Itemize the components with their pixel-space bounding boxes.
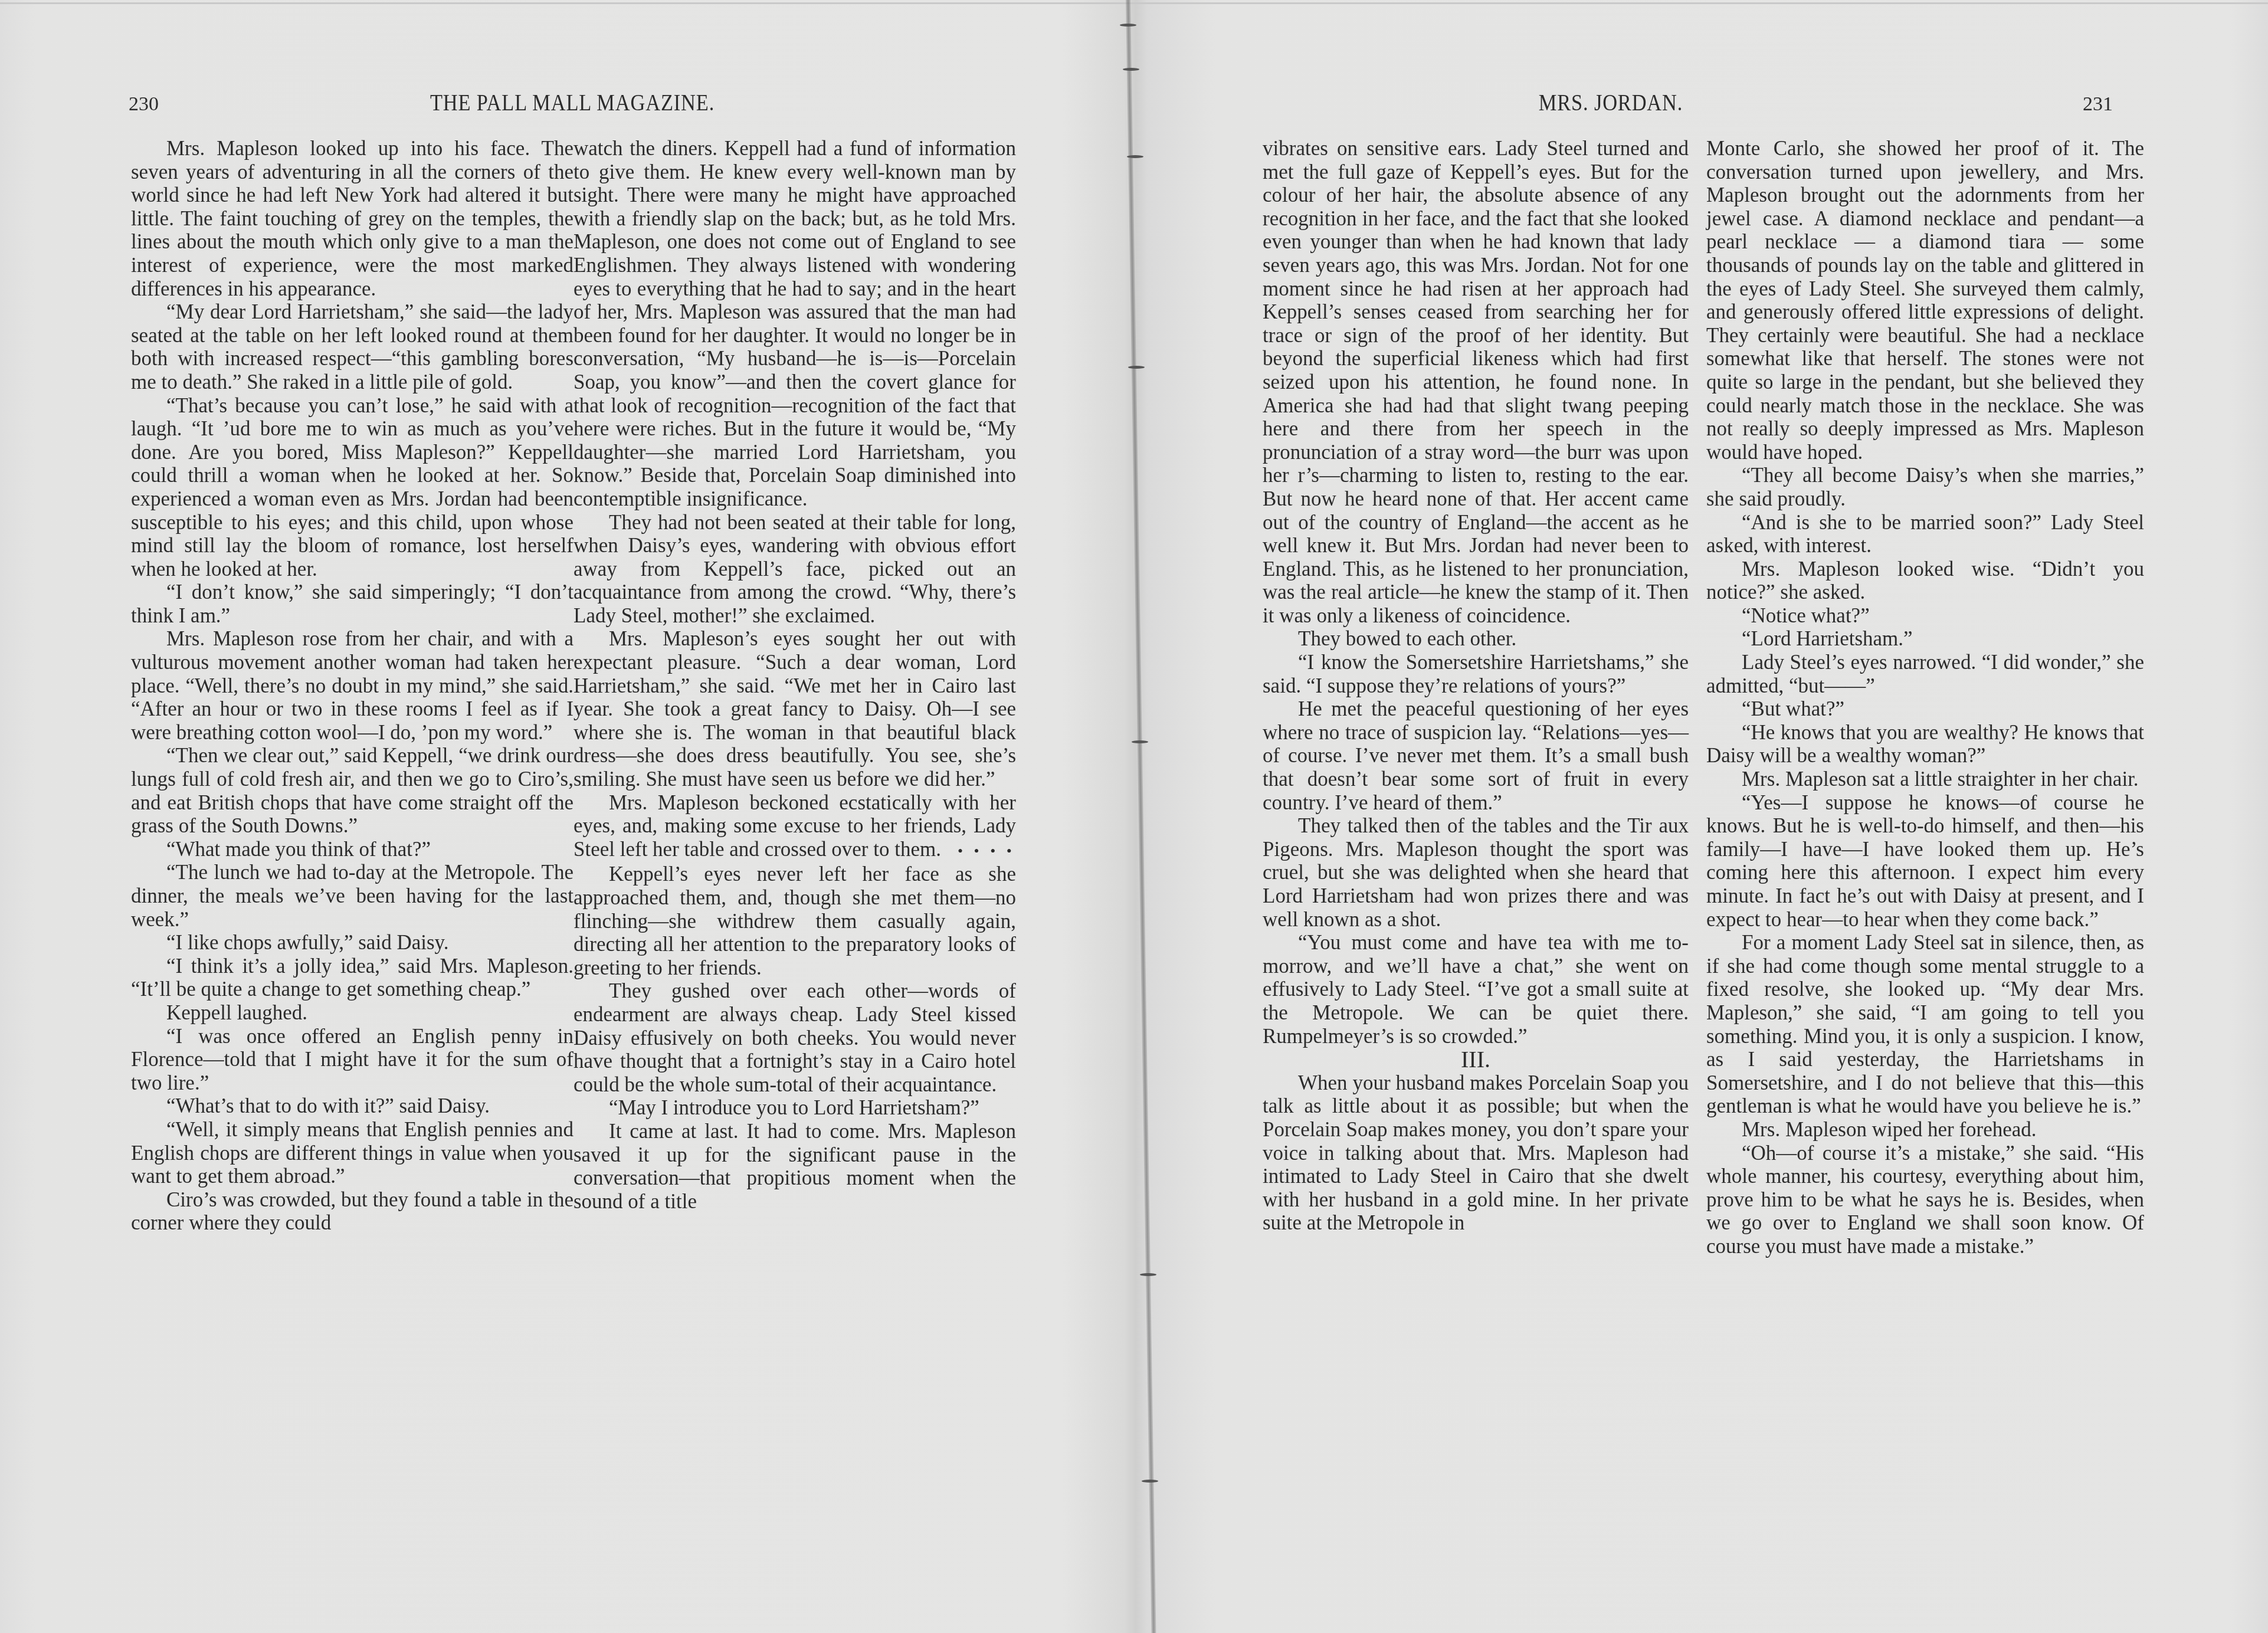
paragraph: “They all become Daisy’s when she marrie…	[1706, 464, 2144, 510]
right-page: MRS. JORDAN. 231 vibrates on sensitive e…	[1139, 0, 2268, 1633]
right-column-1: vibrates on sensitive ears. Lady Steel t…	[1263, 137, 1689, 1235]
right-column-2: Monte Carlo, she showed her proof of it.…	[1706, 137, 2144, 1258]
paragraph: “What made you think of that?”	[131, 838, 573, 861]
paragraph: “That’s because you can’t lose,” he said…	[131, 394, 573, 581]
paragraph: “I don’t know,” she said simperingly; “I…	[131, 581, 573, 627]
paragraph: Mrs. Mapleson looked up into his face. T…	[131, 137, 573, 300]
paragraph: Monte Carlo, she showed her proof of it.…	[1706, 137, 2144, 464]
paragraph: Keppell’s eyes never left her face as sh…	[573, 863, 1016, 979]
right-running-head: MRS. JORDAN.	[1459, 88, 1763, 116]
paragraph: Keppell laughed.	[131, 1001, 573, 1025]
paragraph: Mrs. Mapleson sat a little straighter in…	[1706, 768, 2144, 791]
paragraph: “You must come and have tea with me to-m…	[1263, 931, 1689, 1048]
left-column-1: Mrs. Mapleson looked up into his face. T…	[131, 137, 573, 1235]
paragraph: Mrs. Mapleson’s eyes sought her out with…	[573, 627, 1016, 791]
paragraph: “I think it’s a jolly idea,” said Mrs. M…	[131, 955, 573, 1001]
binding-stitch	[1123, 68, 1139, 71]
paragraph: “I like chops awfully,” said Daisy.	[131, 931, 573, 955]
section-break-dots: • • • •	[958, 842, 1015, 860]
paragraph: They had not been seated at their table …	[573, 511, 1016, 628]
paragraph: They talked then of the tables and the T…	[1263, 814, 1689, 931]
left-column-2: watch the diners. Keppell had a fund of …	[573, 137, 1016, 1213]
paragraph: They bowed to each other.	[1263, 627, 1689, 651]
paragraph: “I was once offered an English penny in …	[131, 1025, 573, 1095]
paragraph: Lady Steel’s eyes narrowed. “I did wonde…	[1706, 651, 2144, 697]
paragraph-text: Mrs. Mapleson beckoned ecstatically with…	[573, 791, 1016, 861]
paragraph: “He knows that you are wealthy? He knows…	[1706, 721, 2144, 768]
paragraph: “Then we clear out,” said Keppell, “we d…	[131, 744, 573, 837]
binding-stitch	[1120, 24, 1136, 27]
paragraph: He met the peaceful questioning of her e…	[1263, 697, 1689, 814]
paragraph: “I know the Somersetshire Harrietshams,”…	[1263, 651, 1689, 697]
paragraph: “The lunch we had to-day at the Metropol…	[131, 861, 573, 931]
paragraph: “May I introduce you to Lord Harrietsham…	[573, 1096, 1016, 1120]
left-page-number: 230	[129, 93, 159, 116]
paragraph: “Lord Harrietsham.”	[1706, 627, 2144, 651]
book-spread: 230 THE PALL MALL MAGAZINE. Mrs. Mapleso…	[0, 0, 2268, 1633]
paragraph: Ciro’s was crowded, but they found a tab…	[131, 1188, 573, 1235]
paragraph: When your husband makes Porcelain Soap y…	[1263, 1071, 1689, 1235]
paragraph: “Notice what?”	[1706, 604, 2144, 628]
left-running-head: THE PALL MALL MAGAZINE.	[395, 88, 750, 116]
paragraph: watch the diners. Keppell had a fund of …	[573, 137, 1016, 511]
paragraph: They gushed over each other—words of end…	[573, 979, 1016, 1096]
paragraph: Mrs. Mapleson rose from her chair, and w…	[131, 627, 573, 744]
paragraph: “What’s that to do with it?” said Daisy.	[131, 1094, 573, 1118]
paragraph: It came at last. It had to come. Mrs. Ma…	[573, 1120, 1016, 1213]
left-page: 230 THE PALL MALL MAGAZINE. Mrs. Mapleso…	[0, 0, 1121, 1633]
paragraph: “And is she to be married soon?” Lady St…	[1706, 511, 2144, 558]
paragraph: For a moment Lady Steel sat in silence, …	[1706, 931, 2144, 1118]
paragraph: Mrs. Mapleson wiped her forehead.	[1706, 1118, 2144, 1142]
paragraph: “Yes—I suppose he knows—of course he kno…	[1706, 791, 2144, 932]
paragraph: “My dear Lord Harrietsham,” she said—the…	[131, 300, 573, 394]
section-heading: III.	[1263, 1048, 1689, 1071]
paragraph: “Well, it simply means that English penn…	[131, 1118, 573, 1188]
paragraph: vibrates on sensitive ears. Lady Steel t…	[1263, 137, 1689, 627]
paragraph: Mrs. Mapleson beckoned ecstatically with…	[573, 791, 1016, 863]
paragraph: “Oh—of course it’s a mistake,” she said.…	[1706, 1142, 2144, 1258]
right-page-number: 231	[2083, 93, 2113, 116]
paragraph: Mrs. Mapleson looked wise. “Didn’t you n…	[1706, 558, 2144, 604]
paragraph: “But what?”	[1706, 697, 2144, 721]
